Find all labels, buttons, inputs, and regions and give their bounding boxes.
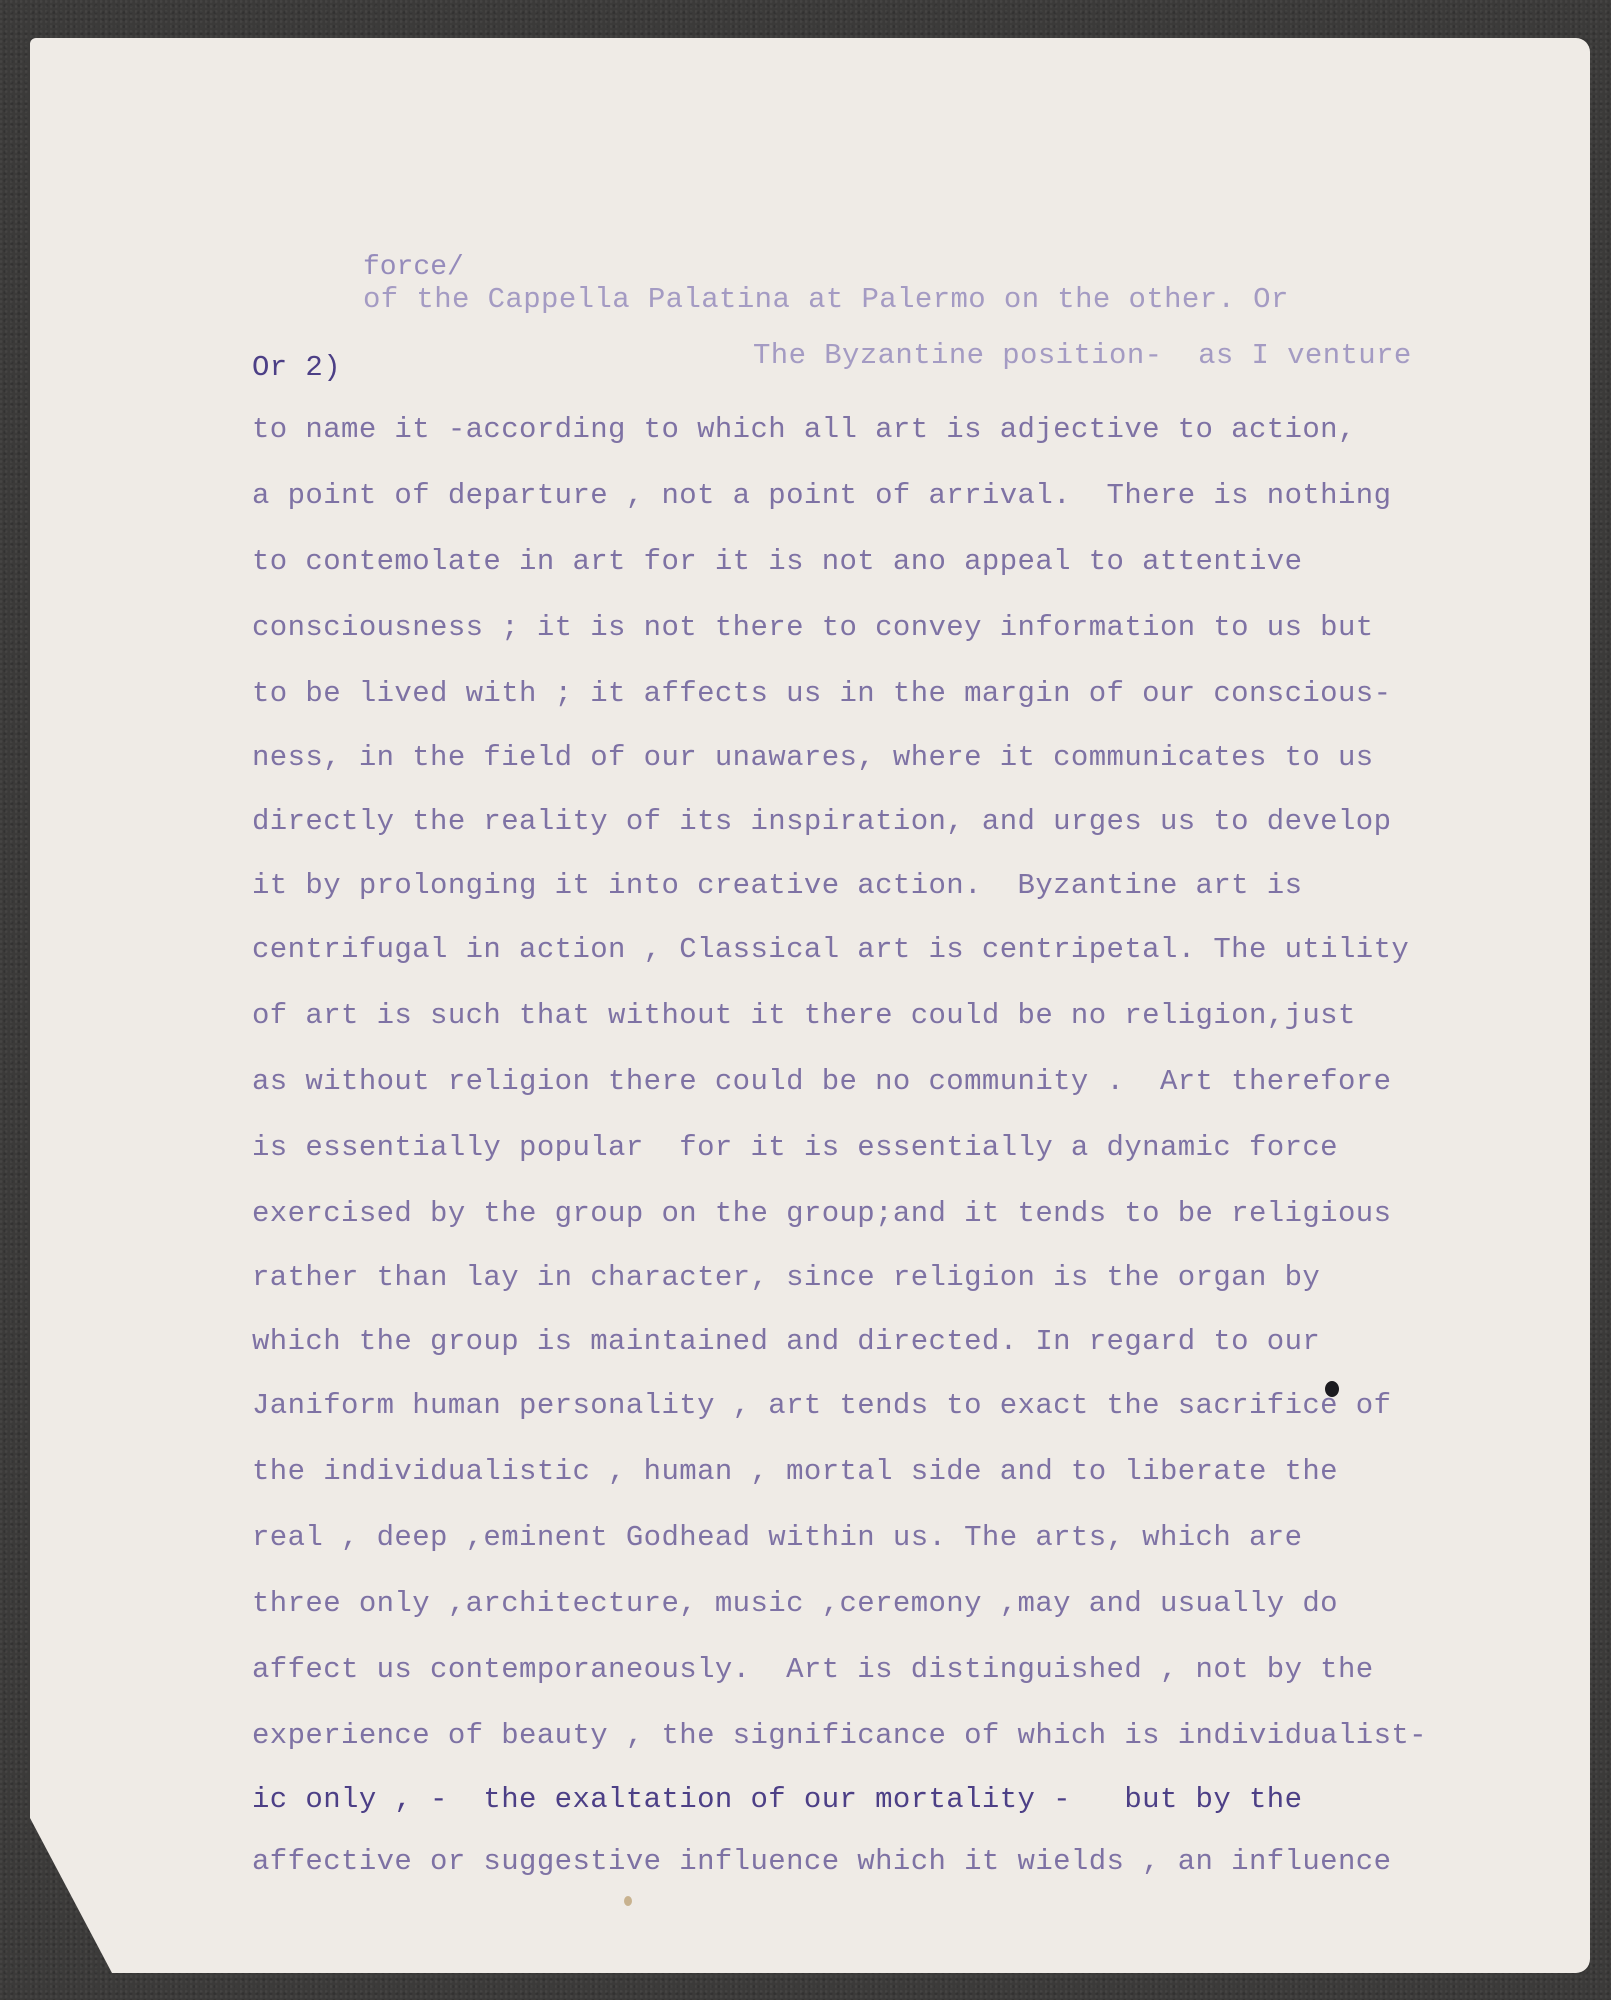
paper-stain bbox=[624, 1896, 632, 1906]
text-line: centrifugal in action , Classical art is… bbox=[252, 934, 1409, 966]
handwritten-insertion: force/ bbox=[363, 252, 464, 283]
section-first-line: The Byzantine position- as I venture bbox=[753, 340, 1412, 372]
text-line: is essentially popular for it is essenti… bbox=[252, 1132, 1338, 1164]
text-line: it by prolonging it into creative action… bbox=[252, 870, 1302, 902]
text-line: affective or suggestive influence which … bbox=[252, 1846, 1391, 1878]
opening-line: of the Cappella Palatina at Palermo on t… bbox=[363, 284, 1289, 316]
text-line: ness, in the field of our unawares, wher… bbox=[252, 742, 1374, 774]
text-line: a point of departure , not a point of ar… bbox=[252, 480, 1391, 512]
text-line: to be lived with ; it affects us in the … bbox=[252, 678, 1391, 710]
text-line: rather than lay in character, since reli… bbox=[252, 1262, 1320, 1294]
text-line: directly the reality of its inspiration,… bbox=[252, 806, 1391, 838]
ink-blot bbox=[1325, 1381, 1339, 1397]
text-line: real , deep ,eminent Godhead within us. … bbox=[252, 1522, 1302, 1554]
text-line: affect us contemporaneously. Art is dist… bbox=[252, 1654, 1374, 1686]
text-line: consciousness ; it is not there to conve… bbox=[252, 612, 1374, 644]
text-line: to contemolate in art for it is not ano … bbox=[252, 546, 1302, 578]
text-line: ic only , - the exaltation of our mortal… bbox=[252, 1784, 1302, 1816]
text-line: Janiform human personality , art tends t… bbox=[252, 1390, 1391, 1422]
text-line: which the group is maintained and direct… bbox=[252, 1326, 1320, 1358]
text-line: as without religion there could be no co… bbox=[252, 1066, 1391, 1098]
text-line: to name it -according to which all art i… bbox=[252, 414, 1356, 446]
text-line: experience of beauty , the significance … bbox=[252, 1720, 1427, 1752]
text-line: the individualistic , human , mortal sid… bbox=[252, 1456, 1338, 1488]
text-line: exercised by the group on the group;and … bbox=[252, 1198, 1391, 1230]
section-marker: Or 2) bbox=[252, 352, 341, 384]
text-line: of art is such that without it there cou… bbox=[252, 1000, 1356, 1032]
text-line: three only ,architecture, music ,ceremon… bbox=[252, 1588, 1338, 1620]
